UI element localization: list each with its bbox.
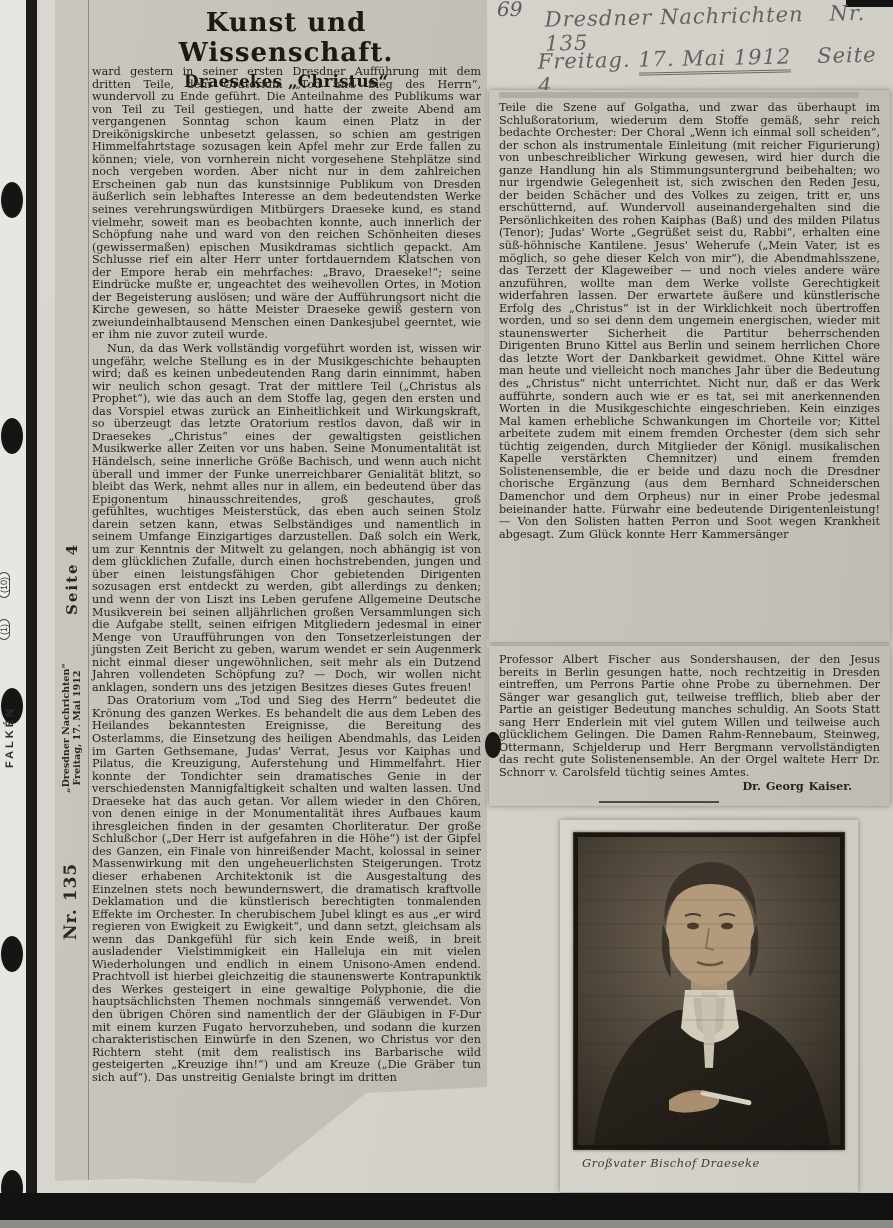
margin-paper-name: „Dresdner Nachrichten“ [61,648,72,808]
portrait-engraving [573,832,845,1150]
main-article-clipping: Seite 4 „Dresdner Nachrichten“ Freitag, … [55,0,487,1188]
article-clipping-continuation: Professor Albert Fischer aus Sondershaus… [489,646,890,806]
punch-hole [1,182,23,218]
handwritten-date-underlined: 17. Mai 1912 [638,44,791,75]
paragraph: Professor Albert Fischer aus Sondershaus… [499,654,880,779]
punch-hole [1,936,23,972]
paragraph: ward gestern in seiner ersten Dresdner A… [92,66,481,342]
margin-issue-number: Nr. 135 [61,863,81,940]
end-rule [599,801,719,803]
author-signature: Dr. Georg Kaiser. [499,780,880,793]
newspaper-page-margin: Seite 4 „Dresdner Nachrichten“ Freitag, … [55,0,89,1188]
margin-page-number: Seite 4 [63,543,81,615]
article-column-2: Teile die Szene auf Golgatha, und zwar d… [499,102,880,542]
margin-paper-date: Freitag, 17. Mai 1912 [72,648,83,808]
margin-paper-dateline: „Dresdner Nachrichten“ Freitag, 17. Mai … [61,648,83,808]
torn-line-remnant [499,92,859,98]
scan-bottom-bar [0,1193,893,1220]
handwritten-day: Freitag. [538,48,631,74]
scan-bottom-edge [0,1220,893,1228]
portrait-clipping: Großvater Bischof Draeseke [560,820,858,1192]
binder-brand-stamp: FALKÉN [4,648,16,768]
portrait-photo [573,832,845,1150]
handwritten-paper-name: Dresdner Nachrichten [545,2,804,31]
paragraph: Teile die Szene auf Golgatha, und zwar d… [499,102,880,541]
article-clipping-column-2: Teile die Szene auf Golgatha, und zwar d… [489,90,890,642]
newspaper-clipping-scan: (10) (1) FALKÉN 69 Dresdner NachrichtenN… [0,0,893,1228]
article-column-1: ward gestern in seiner ersten Dresdner A… [92,66,481,1085]
paragraph: Nun, da das Werk vollständig vorgeführt … [92,343,481,694]
section-title: Kunst und Wissenschaft. [95,8,477,68]
punch-hole [1,418,23,454]
paragraph: Das Oratorium vom „Tod und Sieg des Herr… [92,695,481,1084]
edge-stamp-1: (1) [0,619,10,640]
portrait-caption: Großvater Bischof Draeseke [582,1156,760,1170]
edge-stamp-10: (10) [0,572,10,598]
handwritten-number: 69 [497,0,522,21]
article-column-2-continuation: Professor Albert Fischer aus Sondershaus… [499,654,880,803]
scan-edge-gap [26,0,37,1228]
